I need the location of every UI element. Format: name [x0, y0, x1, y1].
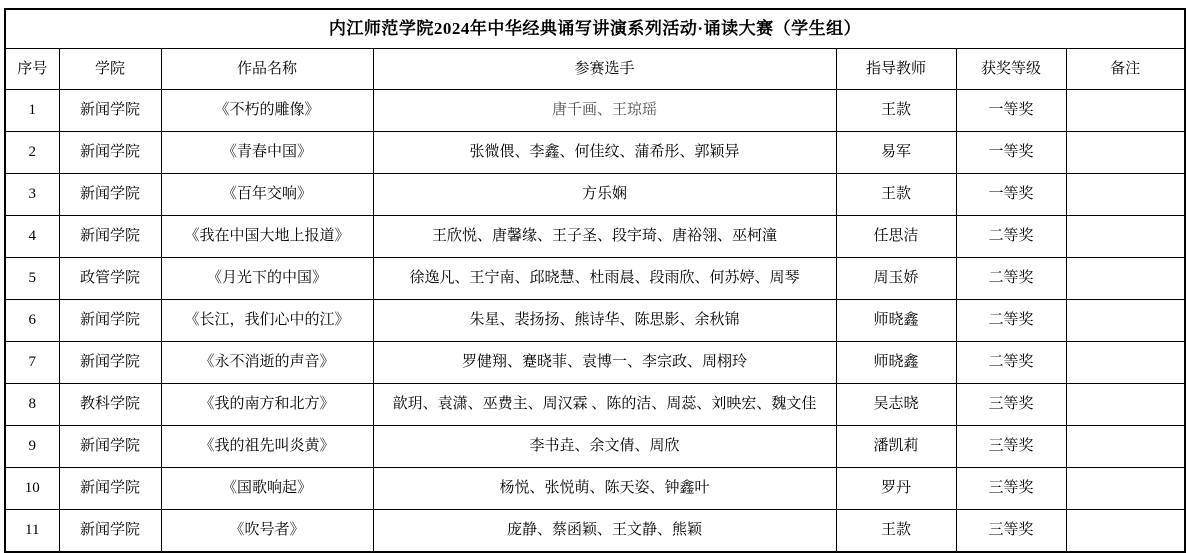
cell-award-level: 三等奖: [956, 426, 1066, 468]
column-header: 指导教师: [836, 49, 956, 90]
cell-award-level: 三等奖: [956, 468, 1066, 510]
cell-remark: [1066, 468, 1185, 510]
cell-participants: 朱星、裴扬扬、熊诗华、陈思影、余秋锦: [373, 300, 836, 342]
cell-college: 新闻学院: [59, 216, 161, 258]
cell-work-title: 《吹号者》: [161, 510, 373, 553]
cell-award-level: 三等奖: [956, 510, 1066, 553]
cell-serial-number: 1: [5, 90, 59, 132]
cell-college: 新闻学院: [59, 342, 161, 384]
cell-remark: [1066, 174, 1185, 216]
cell-award-level: 三等奖: [956, 384, 1066, 426]
cell-college: 新闻学院: [59, 426, 161, 468]
table-row: 5 政管学院 《月光下的中国》 徐逸凡、王宁南、邱晓慧、杜雨晨、段雨欣、何苏婷、…: [5, 258, 1185, 300]
award-table: 内江师范学院2024年中华经典诵写讲演系列活动·诵读大赛（学生组） 序号学院作品…: [4, 8, 1186, 553]
cell-participants: 方乐娴: [373, 174, 836, 216]
cell-advisor: 潘凯莉: [836, 426, 956, 468]
cell-participants: 王欣悦、唐馨缘、王子圣、段宇琦、唐裕翎、巫柯潼: [373, 216, 836, 258]
cell-participants: 罗健翔、蹇晓菲、袁博一、李宗政、周栩玲: [373, 342, 836, 384]
cell-participants: 歆玥、袁潇、巫费主、周汉霖 、陈的洁、周蕊、刘映宏、魏文佳: [373, 384, 836, 426]
table-row: 9 新闻学院 《我的祖先叫炎黄》 李书垚、余文倩、周欣 潘凯莉 三等奖: [5, 426, 1185, 468]
cell-serial-number: 9: [5, 426, 59, 468]
cell-work-title: 《我在中国大地上报道》: [161, 216, 373, 258]
cell-advisor: 易军: [836, 132, 956, 174]
table-row: 7 新闻学院 《永不消逝的声音》 罗健翔、蹇晓菲、袁博一、李宗政、周栩玲 师晓鑫…: [5, 342, 1185, 384]
cell-advisor: 周玉娇: [836, 258, 956, 300]
cell-serial-number: 7: [5, 342, 59, 384]
cell-advisor: 师晓鑫: [836, 342, 956, 384]
cell-award-level: 一等奖: [956, 174, 1066, 216]
cell-serial-number: 5: [5, 258, 59, 300]
title-row: 内江师范学院2024年中华经典诵写讲演系列活动·诵读大赛（学生组）: [5, 9, 1185, 49]
cell-serial-number: 6: [5, 300, 59, 342]
cell-serial-number: 10: [5, 468, 59, 510]
cell-advisor: 王款: [836, 510, 956, 553]
table-title: 内江师范学院2024年中华经典诵写讲演系列活动·诵读大赛（学生组）: [5, 9, 1185, 49]
cell-remark: [1066, 132, 1185, 174]
cell-work-title: 《我的南方和北方》: [161, 384, 373, 426]
column-header: 参赛选手: [373, 49, 836, 90]
table-row: 6 新闻学院 《长江，我们心中的江》 朱星、裴扬扬、熊诗华、陈思影、余秋锦 师晓…: [5, 300, 1185, 342]
cell-remark: [1066, 384, 1185, 426]
cell-award-level: 二等奖: [956, 216, 1066, 258]
cell-participants: 张微偎、李鑫、何佳纹、蒲希彤、郭颖异: [373, 132, 836, 174]
cell-work-title: 《永不消逝的声音》: [161, 342, 373, 384]
header-row: 序号学院作品名称参赛选手指导教师获奖等级备注: [5, 49, 1185, 90]
cell-advisor: 罗丹: [836, 468, 956, 510]
cell-advisor: 王款: [836, 174, 956, 216]
cell-work-title: 《长江，我们心中的江》: [161, 300, 373, 342]
column-header: 序号: [5, 49, 59, 90]
cell-remark: [1066, 90, 1185, 132]
cell-remark: [1066, 300, 1185, 342]
cell-award-level: 二等奖: [956, 258, 1066, 300]
cell-participants: 唐千画、王琼瑶: [373, 90, 836, 132]
table-row: 1 新闻学院 《不朽的雕像》 唐千画、王琼瑶 王款 一等奖: [5, 90, 1185, 132]
cell-advisor: 师晓鑫: [836, 300, 956, 342]
cell-work-title: 《我的祖先叫炎黄》: [161, 426, 373, 468]
cell-award-level: 一等奖: [956, 90, 1066, 132]
cell-college: 教科学院: [59, 384, 161, 426]
column-header: 学院: [59, 49, 161, 90]
cell-participants: 徐逸凡、王宁南、邱晓慧、杜雨晨、段雨欣、何苏婷、周琴: [373, 258, 836, 300]
cell-remark: [1066, 258, 1185, 300]
cell-remark: [1066, 426, 1185, 468]
cell-college: 新闻学院: [59, 468, 161, 510]
cell-serial-number: 8: [5, 384, 59, 426]
cell-remark: [1066, 216, 1185, 258]
cell-participants: 庞静、蔡函颖、王文静、熊颖: [373, 510, 836, 553]
cell-college: 新闻学院: [59, 132, 161, 174]
cell-serial-number: 2: [5, 132, 59, 174]
cell-advisor: 任思洁: [836, 216, 956, 258]
cell-work-title: 《百年交响》: [161, 174, 373, 216]
cell-serial-number: 3: [5, 174, 59, 216]
column-header: 获奖等级: [956, 49, 1066, 90]
cell-award-level: 一等奖: [956, 132, 1066, 174]
cell-work-title: 《月光下的中国》: [161, 258, 373, 300]
column-header: 作品名称: [161, 49, 373, 90]
cell-remark: [1066, 510, 1185, 553]
cell-serial-number: 4: [5, 216, 59, 258]
cell-work-title: 《青春中国》: [161, 132, 373, 174]
document-page: 内江师范学院2024年中华经典诵写讲演系列活动·诵读大赛（学生组） 序号学院作品…: [0, 0, 1188, 539]
cell-award-level: 二等奖: [956, 300, 1066, 342]
cell-college: 政管学院: [59, 258, 161, 300]
cell-college: 新闻学院: [59, 90, 161, 132]
cell-serial-number: 11: [5, 510, 59, 553]
cell-work-title: 《国歌响起》: [161, 468, 373, 510]
cell-award-level: 二等奖: [956, 342, 1066, 384]
cell-advisor: 吴志晓: [836, 384, 956, 426]
table-row: 11 新闻学院 《吹号者》 庞静、蔡函颖、王文静、熊颖 王款 三等奖: [5, 510, 1185, 553]
cell-college: 新闻学院: [59, 300, 161, 342]
cell-advisor: 王款: [836, 90, 956, 132]
table-row: 4 新闻学院 《我在中国大地上报道》 王欣悦、唐馨缘、王子圣、段宇琦、唐裕翎、巫…: [5, 216, 1185, 258]
cell-work-title: 《不朽的雕像》: [161, 90, 373, 132]
column-header: 备注: [1066, 49, 1185, 90]
cell-participants: 杨悦、张悦萌、陈天姿、钟鑫叶: [373, 468, 836, 510]
table-row: 3 新闻学院 《百年交响》 方乐娴 王款 一等奖: [5, 174, 1185, 216]
table-row: 2 新闻学院 《青春中国》 张微偎、李鑫、何佳纹、蒲希彤、郭颖异 易军 一等奖: [5, 132, 1185, 174]
table-row: 8 教科学院 《我的南方和北方》 歆玥、袁潇、巫费主、周汉霖 、陈的洁、周蕊、刘…: [5, 384, 1185, 426]
cell-remark: [1066, 342, 1185, 384]
cell-participants: 李书垚、余文倩、周欣: [373, 426, 836, 468]
cell-college: 新闻学院: [59, 510, 161, 553]
table-row: 10 新闻学院 《国歌响起》 杨悦、张悦萌、陈天姿、钟鑫叶 罗丹 三等奖: [5, 468, 1185, 510]
cell-college: 新闻学院: [59, 174, 161, 216]
